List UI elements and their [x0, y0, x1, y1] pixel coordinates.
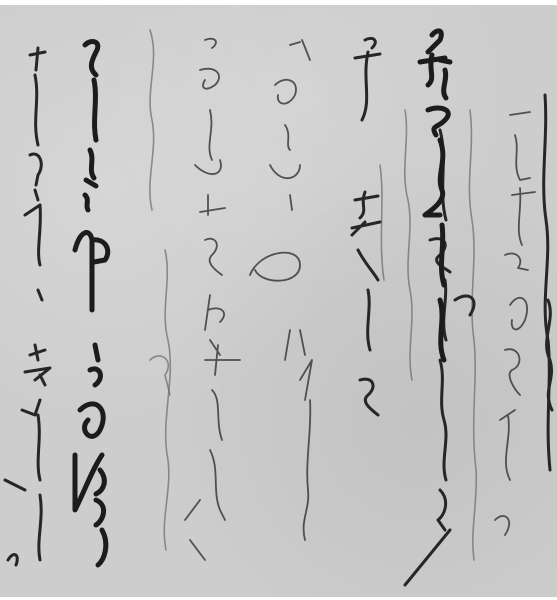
- calligraphy-ink: [0, 0, 557, 600]
- brush-stroke: [212, 390, 222, 440]
- brush-stroke: [510, 112, 530, 115]
- brush-stroke: [352, 222, 380, 235]
- brush-stroke: [30, 345, 45, 360]
- brush-stroke: [95, 345, 98, 360]
- brush-stroke: [85, 41, 98, 75]
- brush-stroke: [440, 60, 450, 98]
- brush-stroke: [96, 500, 104, 525]
- brush-stroke: [505, 253, 528, 270]
- brush-stroke: [38, 290, 42, 300]
- brush-stroke: [96, 470, 104, 494]
- brush-stroke: [209, 110, 212, 160]
- brush-stroke: [35, 75, 38, 145]
- brush-stroke: [75, 233, 92, 310]
- brush-stroke: [495, 516, 509, 535]
- brush-stroke: [150, 30, 154, 210]
- brush-stroke: [200, 195, 225, 215]
- brush-stroke: [22, 400, 40, 480]
- brush-stroke: [200, 69, 219, 89]
- brush-stroke: [164, 250, 170, 550]
- brush-stroke: [469, 110, 476, 560]
- brush-stroke: [358, 250, 378, 280]
- brush-stroke: [150, 356, 170, 395]
- brush-stroke: [285, 125, 290, 150]
- brush-stroke: [250, 253, 300, 281]
- brush-stroke: [512, 188, 535, 245]
- brush-stroke: [300, 360, 312, 540]
- column-9: [185, 39, 240, 560]
- brush-stroke: [405, 110, 412, 380]
- brush-stroke: [438, 490, 446, 530]
- brush-stroke: [355, 52, 380, 120]
- brush-stroke: [39, 495, 41, 560]
- brush-stroke: [205, 340, 240, 375]
- brush-stroke: [205, 39, 216, 48]
- brush-stroke: [547, 300, 552, 410]
- brush-stroke: [428, 108, 448, 135]
- column-1-rightmost: [544, 95, 552, 470]
- brush-stroke: [8, 555, 17, 565]
- brush-stroke: [94, 80, 96, 140]
- brush-stroke: [455, 296, 474, 315]
- brush-stroke: [205, 239, 222, 275]
- brush-stroke: [355, 192, 378, 218]
- brush-stroke: [368, 290, 370, 350]
- brush-stroke: [25, 368, 50, 385]
- brush-stroke: [85, 195, 88, 210]
- ink-columns: [5, 30, 552, 585]
- brush-stroke: [440, 300, 444, 360]
- brush-stroke: [5, 480, 25, 490]
- brush-stroke: [290, 195, 292, 210]
- brush-stroke: [205, 295, 224, 330]
- column-3-faint: [469, 110, 476, 560]
- brush-stroke: [80, 404, 103, 436]
- brush-stroke: [30, 48, 45, 70]
- brush-stroke: [441, 225, 444, 285]
- brush-stroke: [30, 154, 41, 185]
- brush-stroke: [360, 379, 378, 415]
- column-8: [250, 40, 312, 540]
- brush-stroke: [90, 150, 94, 178]
- brush-stroke: [505, 349, 520, 395]
- brush-stroke: [405, 530, 450, 585]
- brush-stroke: [98, 530, 106, 565]
- brush-stroke: [544, 95, 550, 470]
- column-10-faint: [150, 30, 170, 550]
- brush-stroke: [210, 450, 225, 520]
- column-12-leftmost: [5, 48, 50, 565]
- brush-stroke: [195, 160, 221, 174]
- brush-stroke: [86, 180, 96, 186]
- brush-stroke: [185, 500, 205, 560]
- column-6-faint: [380, 110, 412, 380]
- brush-stroke: [440, 360, 446, 480]
- brush-stroke: [90, 369, 100, 385]
- column-7: [352, 38, 380, 415]
- brush-stroke: [515, 135, 530, 180]
- column-2: [495, 112, 535, 535]
- brush-stroke: [500, 410, 515, 480]
- brush-stroke: [365, 38, 375, 48]
- brush-stroke: [25, 190, 40, 265]
- brush-stroke: [275, 80, 296, 104]
- brush-stroke: [290, 40, 310, 60]
- brush-stroke: [425, 140, 443, 215]
- brush-stroke: [285, 330, 305, 360]
- brush-stroke: [510, 298, 527, 330]
- brush-stroke: [428, 31, 441, 52]
- column-11-bold: [75, 41, 108, 565]
- brush-stroke: [270, 165, 300, 178]
